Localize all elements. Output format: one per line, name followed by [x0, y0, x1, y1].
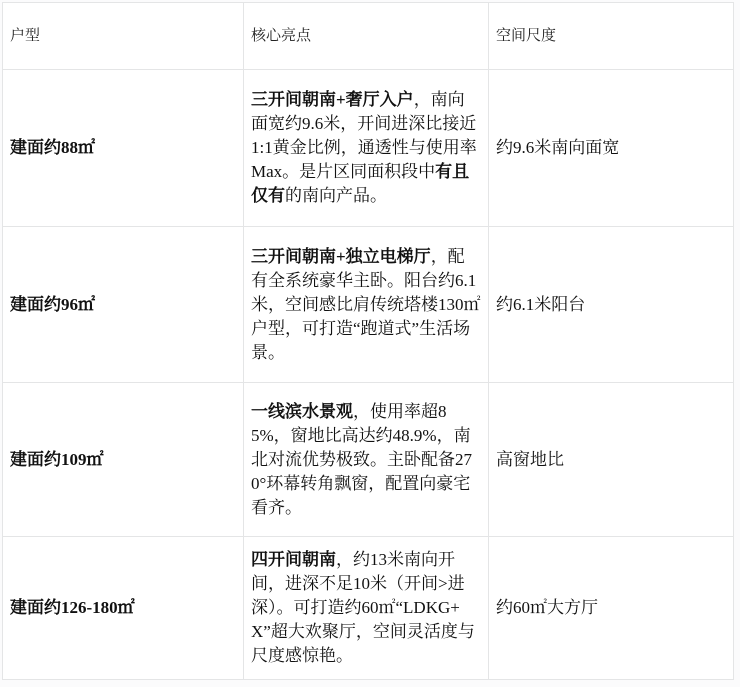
unit-type-cell: 建面约109㎡	[3, 383, 244, 537]
space-scale-cell: 约6.1米阳台	[489, 227, 734, 383]
space-scale-cell: 约60㎡大方厅	[489, 537, 734, 680]
unit-type-cell: 建面约96㎡	[3, 227, 244, 383]
unit-comparison-table: 户型 核心亮点 空间尺度 建面约88㎡ 三开间朝南+奢厅入户，南向面宽约9.6米…	[2, 2, 734, 680]
unit-type-cell: 建面约126-180㎡	[3, 537, 244, 680]
table-row: 建面约109㎡ 一线滨水景观，使用率超85%，窗地比高达约48.9%，南北对流优…	[3, 383, 734, 537]
table-row: 建面约126-180㎡ 四开间朝南，约13米南向开间，进深不足10米（开间>进深…	[3, 537, 734, 680]
space-scale-cell: 高窗地比	[489, 383, 734, 537]
header-row: 户型 核心亮点 空间尺度	[3, 3, 734, 70]
highlights-cell: 三开间朝南+奢厅入户，南向面宽约9.6米，开间进深比接近1:1黄金比例，通透性与…	[244, 70, 489, 227]
highlights-cell: 一线滨水景观，使用率超85%，窗地比高达约48.9%，南北对流优势极致。主卧配备…	[244, 383, 489, 537]
header-unit-type: 户型	[3, 3, 244, 70]
highlights-cell: 四开间朝南，约13米南向开间，进深不足10米（开间>进深）。可打造约60㎡“LD…	[244, 537, 489, 680]
page-background: 户型 核心亮点 空间尺度 建面约88㎡ 三开间朝南+奢厅入户，南向面宽约9.6米…	[0, 0, 740, 687]
header-space-scale: 空间尺度	[489, 3, 734, 70]
highlights-cell: 三开间朝南+独立电梯厅，配有全系统豪华主卧。阳台约6.1米，空间感比肩传统塔楼1…	[244, 227, 489, 383]
header-core-highlights: 核心亮点	[244, 3, 489, 70]
space-scale-cell: 约9.6米南向面宽	[489, 70, 734, 227]
unit-type-cell: 建面约88㎡	[3, 70, 244, 227]
table-row: 建面约88㎡ 三开间朝南+奢厅入户，南向面宽约9.6米，开间进深比接近1:1黄金…	[3, 70, 734, 227]
table-row: 建面约96㎡ 三开间朝南+独立电梯厅，配有全系统豪华主卧。阳台约6.1米，空间感…	[3, 227, 734, 383]
